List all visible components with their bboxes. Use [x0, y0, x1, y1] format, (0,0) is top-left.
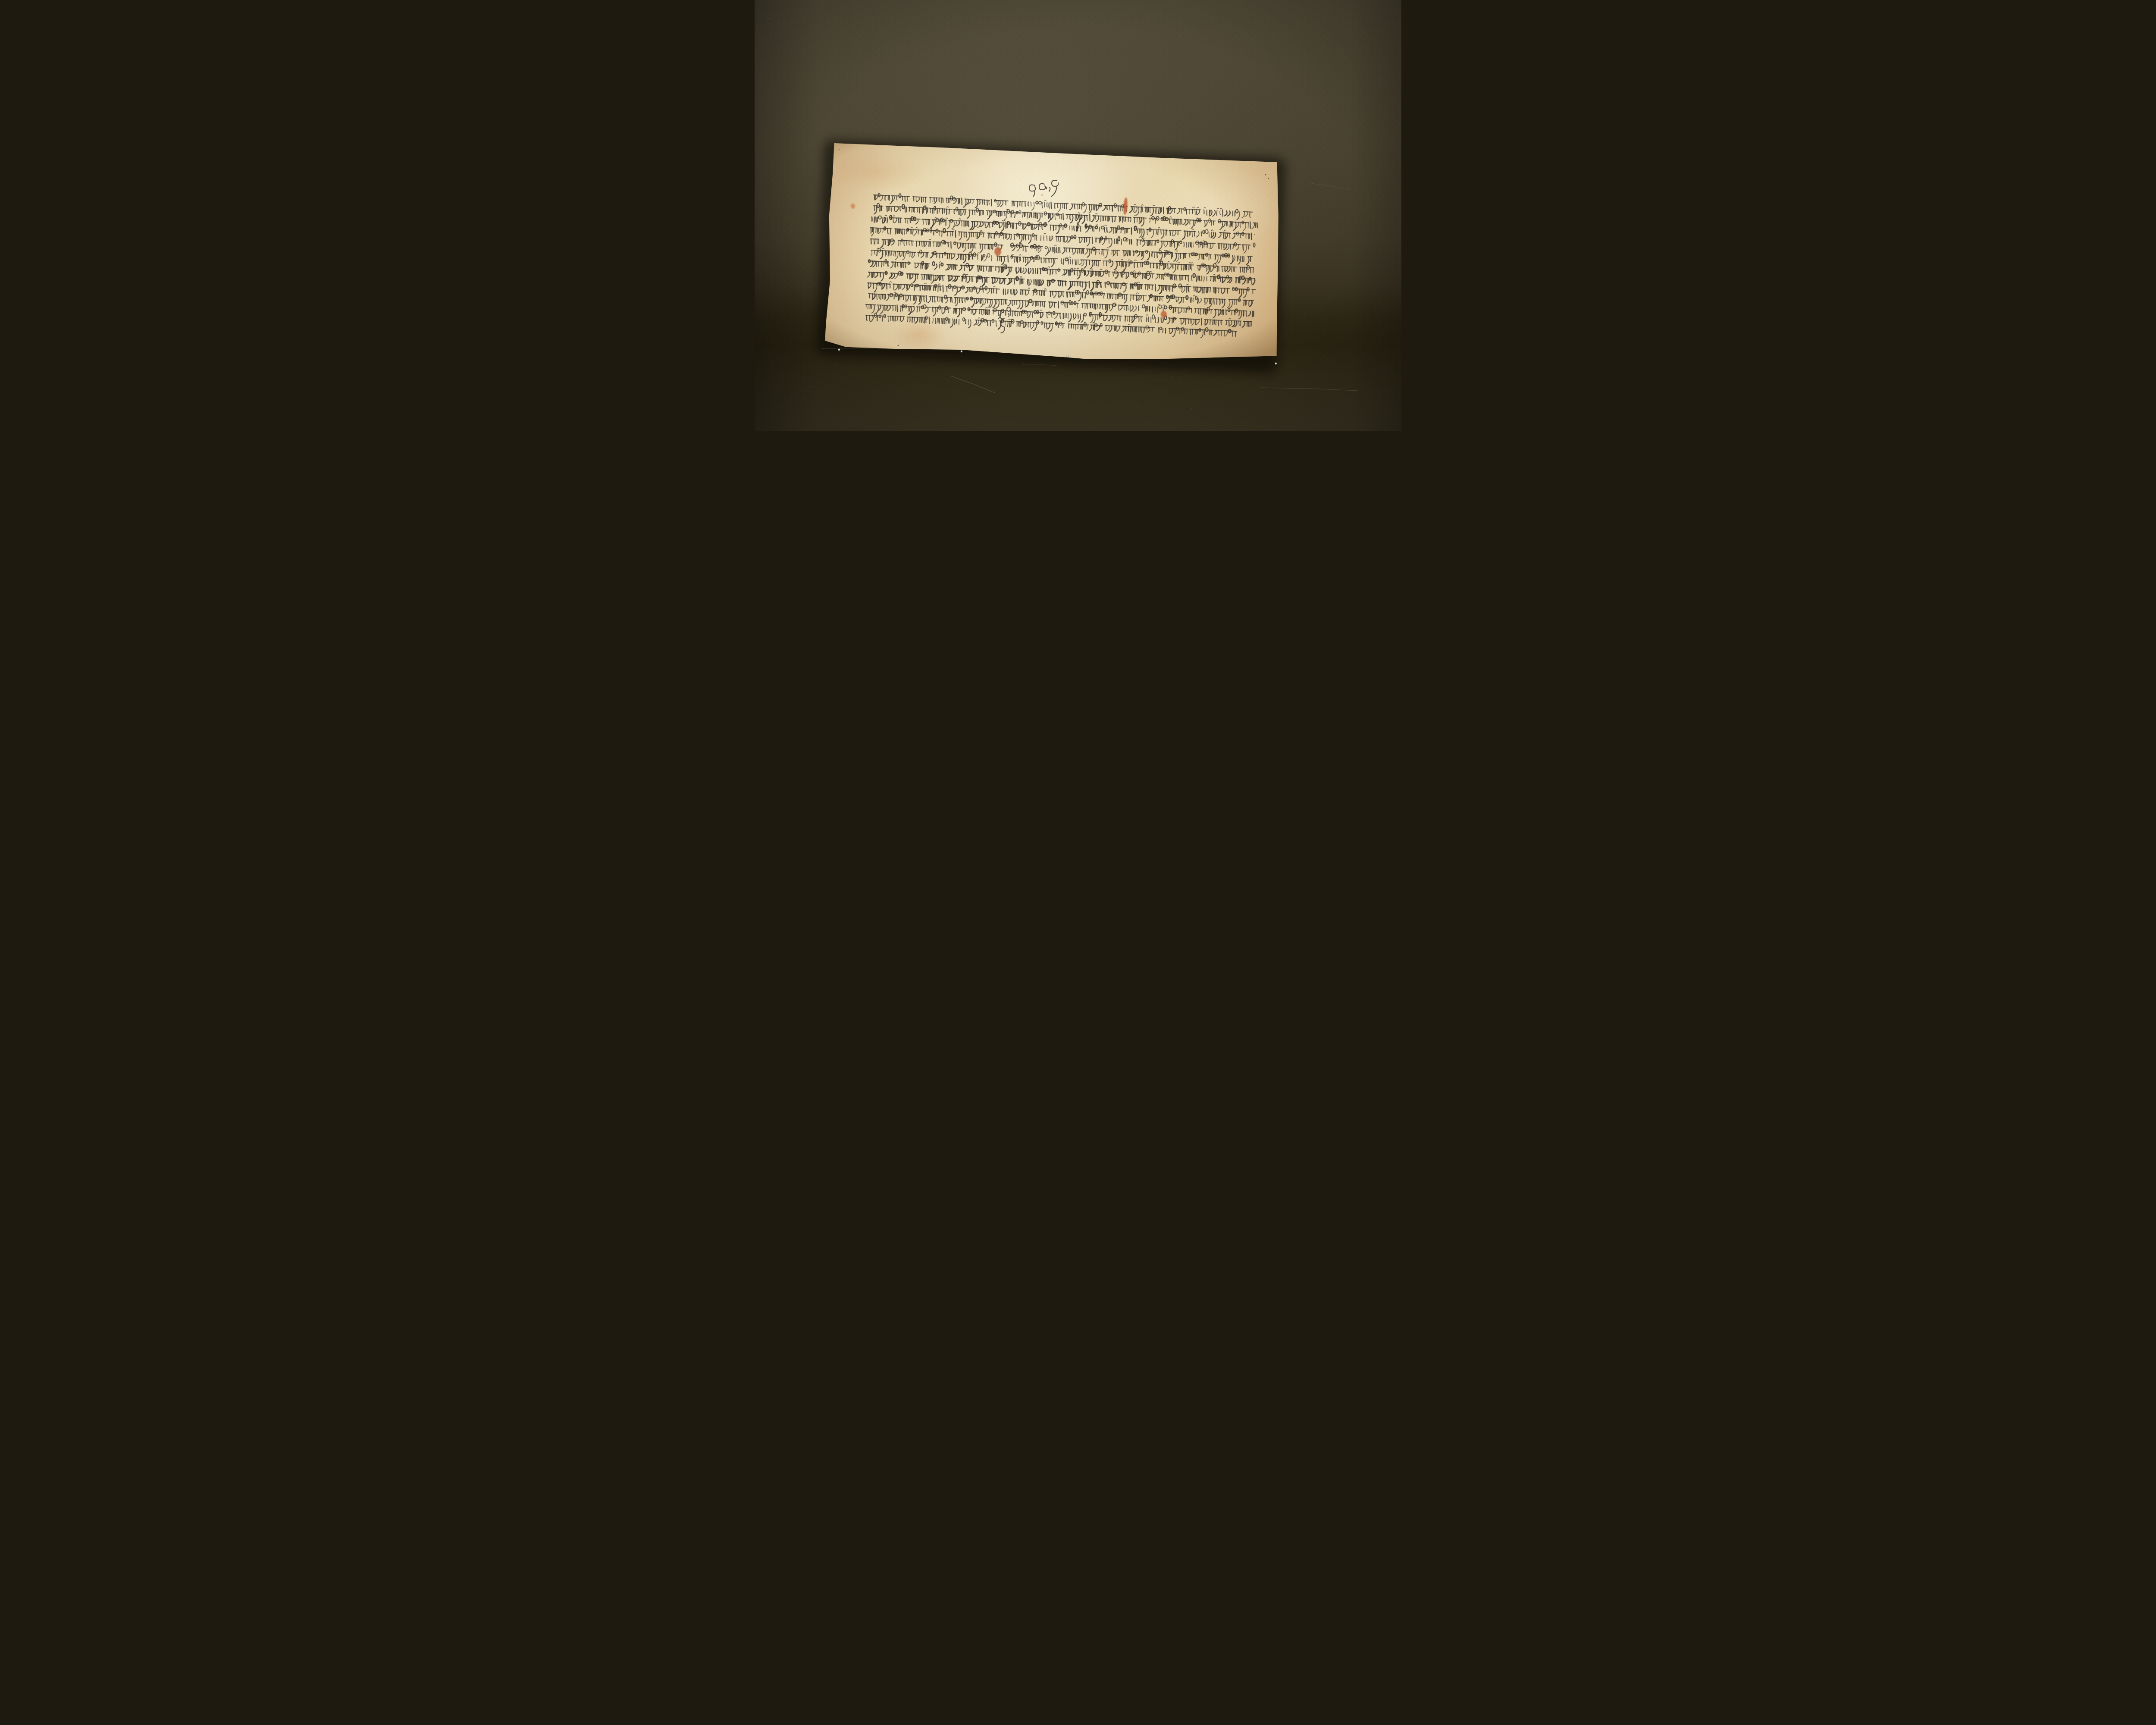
- ink-speck: [897, 345, 899, 346]
- red-speck-header: [1041, 194, 1043, 196]
- orange-crumb-left: [851, 204, 855, 209]
- manuscript-line: কাস্তুদাস্ত্রীবশজেন শ্চাববনং। যদ্বত সত্ত…: [866, 313, 1237, 338]
- pin-4: [1274, 363, 1277, 365]
- invocation-mark-glyph: [1051, 180, 1058, 197]
- ink-and-detail-layer: আসক্তমনসী দৃষ্ণুং প্রভাদ্বিদঘাতনং। বস্মি…: [755, 0, 1401, 431]
- mat-scratch: [1261, 388, 1358, 391]
- manuscript-text-block: আসক্তমনসী দৃষ্ণুং প্রভাদ্বিদঘাতনং। বস্মি…: [866, 193, 1257, 338]
- mat-scratch: [1022, 364, 1056, 366]
- mat-scratch: [821, 348, 899, 349]
- mat-scratch: [1311, 183, 1350, 190]
- ink-speck: [1265, 174, 1266, 176]
- ink-speck: [1268, 178, 1269, 179]
- mounting-pins: [837, 349, 1277, 365]
- mat-scratch: [951, 376, 996, 393]
- red-dot-line5: [994, 247, 1001, 256]
- manuscript-line: হিমহাবাহু ত্রিংসহ্নে ঘাবত্বক্রুষা ক্রেতস…: [874, 203, 1257, 230]
- pin-2: [960, 351, 963, 353]
- manuscript-photo: আসক্তমনসী দৃষ্ণুং প্রভাদ্বিদঘাতনং। বস্মি…: [755, 0, 1401, 431]
- red-streak-line1: [1123, 198, 1128, 215]
- ink-speck: [839, 149, 840, 150]
- manuscript-line: নশবজাদা নিবন্ধান মঘবানিব। অবস্তুর্ষ নাদি…: [871, 248, 1253, 274]
- pin-3: [1066, 356, 1069, 358]
- invocation-mark-glyph: [1029, 185, 1035, 197]
- pin-1: [837, 349, 840, 351]
- header-invocation-marks: [1029, 180, 1058, 197]
- manuscript-line: বাতিগলেহয়ো বিজেন মুগাগমতঃ। বঙ কব্যেতে ম…: [870, 227, 1255, 253]
- red-dot-below-line12: [1161, 311, 1167, 318]
- invocation-mark-glyph: [1039, 184, 1050, 191]
